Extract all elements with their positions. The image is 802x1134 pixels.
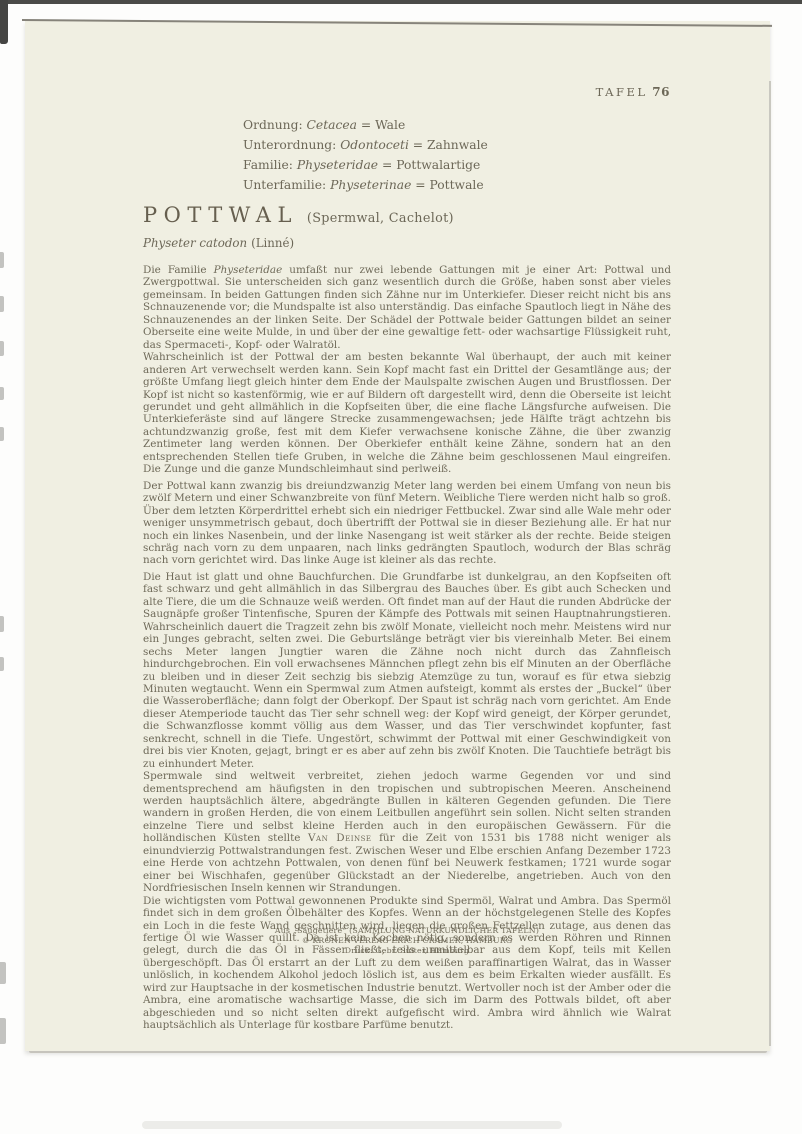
scanner-shadow-band	[142, 1121, 562, 1129]
title-block: POTTWAL(Spermwal, Cachelot)	[143, 203, 454, 227]
equals-sign: =	[357, 118, 375, 132]
taxonomy-rank: Unterfamilie:	[243, 178, 330, 192]
plate-word: TAFEL	[596, 85, 648, 99]
edge-mark	[0, 387, 4, 400]
taxonomy-block: Ordnung: Cetacea = WaleUnterordnung: Odo…	[243, 115, 488, 195]
taxonomy-german-name: Wale	[375, 118, 405, 132]
page-top-edge	[22, 19, 772, 27]
edge-mark	[0, 1018, 6, 1044]
taxonomy-latin-name: Physeterinae	[330, 178, 411, 192]
edge-mark	[0, 962, 6, 984]
page-bottom-edge	[29, 1051, 767, 1053]
edge-mark	[0, 427, 4, 441]
plate-number: 76	[652, 85, 670, 99]
title-suffix: (Spermwal, Cachelot)	[307, 211, 454, 226]
body-text: Die Familie Physeteridae umfaßt nur zwei…	[143, 264, 671, 1032]
taxonomy-row: Familie: Physeteridae = Pottwalartige	[243, 155, 488, 175]
equals-sign: =	[411, 178, 429, 192]
paragraph: Die Familie Physeteridae umfaßt nur zwei…	[143, 264, 671, 351]
paragraph: Die wichtigsten vom Pottwal gewonnenen P…	[143, 895, 671, 1032]
paragraph: Der Pottwal kann zwanzig bis dreiundzwan…	[143, 480, 671, 567]
scanner-corner-mark	[0, 0, 8, 44]
taxonomy-german-name: Pottwale	[429, 178, 483, 192]
species-line: Physeter catodon(Linné)	[143, 236, 294, 250]
equals-sign: =	[409, 138, 427, 152]
taxonomy-row: Unterfamilie: Physeterinae = Pottwale	[243, 175, 488, 195]
document-page: TAFEL 76 Ordnung: Cetacea = WaleUnterord…	[25, 21, 770, 1051]
taxonomy-german-name: Zahnwale	[427, 138, 488, 152]
taxonomy-rank: Familie:	[243, 158, 297, 172]
edge-mark	[0, 657, 4, 671]
taxonomy-row: Ordnung: Cetacea = Wale	[243, 115, 488, 135]
edge-mark	[0, 341, 4, 356]
edge-mark	[0, 252, 4, 268]
taxonomy-rank: Ordnung:	[243, 118, 307, 132]
species-author: (Linné)	[251, 236, 294, 250]
footer-line-source: Aus „Säugetiere“ (SAMMLUNG NATURKUNDLICH…	[143, 926, 671, 936]
taxonomy-row: Unterordnung: Odontoceti = Zahnwale	[243, 135, 488, 155]
taxonomy-latin-name: Odontoceti	[340, 138, 409, 152]
footer-credits: Aus „Säugetiere“ (SAMMLUNG NATURKUNDLICH…	[143, 926, 671, 955]
paragraph: Wahrscheinlich ist der Pottwal der am be…	[143, 351, 671, 476]
footer-line-copyright: © KRONEN-VERLAG ERICH CRAMER, HAMBURG	[143, 936, 671, 946]
page-right-edge	[769, 81, 771, 1046]
taxonomy-german-name: Pottwalartige	[396, 158, 480, 172]
species-name: Physeter catodon	[143, 236, 247, 250]
edge-mark	[0, 296, 4, 312]
paragraph: Spermwale sind weltweit verbreitet, zieh…	[143, 770, 671, 895]
taxonomy-latin-name: Physeteridae	[297, 158, 378, 172]
taxonomy-latin-name: Cetacea	[307, 118, 357, 132]
plate-label: TAFEL 76	[596, 85, 670, 99]
footer-line-printer: Druck: Gebr. Sülter, Hamburg	[143, 946, 671, 956]
edge-mark	[0, 616, 4, 632]
scanner-edge-strip	[0, 0, 802, 4]
paragraph: Die Haut ist glatt und ohne Bauchfurchen…	[143, 571, 671, 770]
page-title: POTTWAL	[143, 203, 298, 227]
equals-sign: =	[378, 158, 396, 172]
taxonomy-rank: Unterordnung:	[243, 138, 340, 152]
